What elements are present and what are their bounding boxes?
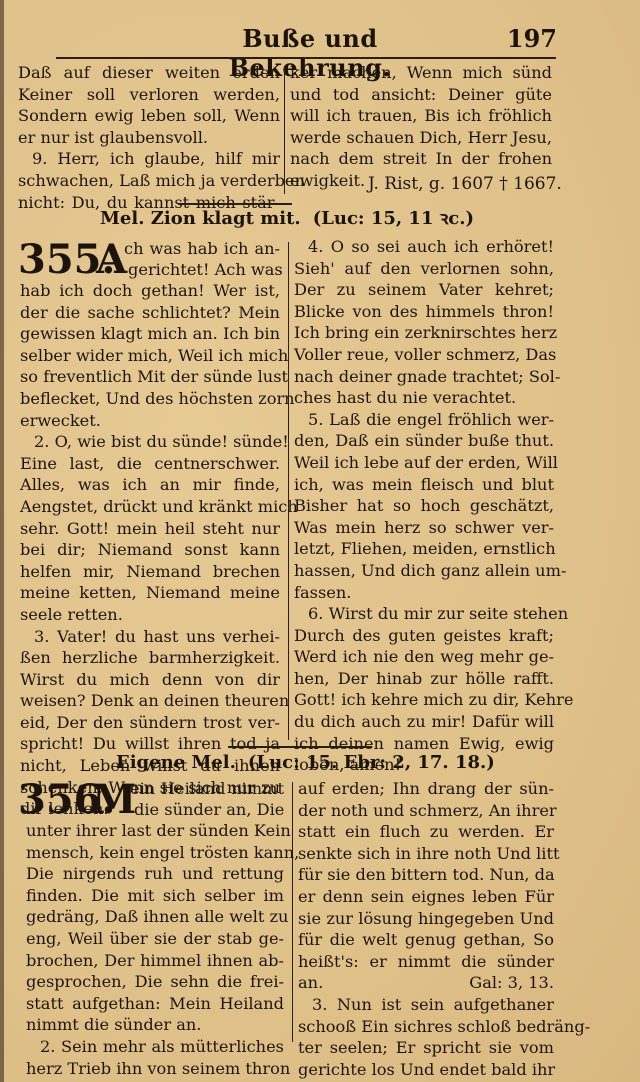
melody-name: Mel. Zion klagt mit. (100, 208, 301, 229)
melody-heading: Eigene Mel.(Luc: 15. Ebr: 2, 17. 18.) (116, 752, 495, 773)
verse-line: will ich trauen, Bis ich fröhlich (290, 105, 552, 127)
verse-line: erwecket. (20, 410, 280, 432)
verse-line: hab ich doch gethan! Wer ist, (20, 280, 280, 302)
verse-line: Daß auf dieser weiten erden (18, 62, 280, 84)
drop-cap: A (96, 240, 127, 280)
column-rule (284, 66, 285, 194)
verse-line: Der zu seinem Vater kehret; (294, 279, 554, 301)
column-rule (288, 242, 289, 740)
verse-line: gesprochen, Die sehn die frei- (26, 971, 284, 993)
hymn-355-left-column: hab ich doch gethan! Wer ist, der die sa… (20, 280, 280, 820)
verse-line: hen, Der hinab zur hölle rafft. (294, 668, 554, 690)
verse-line: letzt, Fliehen, meiden, ernstlich (294, 538, 554, 560)
verse-line: Blicke von des himmels thron! (294, 301, 554, 323)
verse-line: Werd ich nie den weg mehr ge- (294, 646, 554, 668)
hymnal-page: Buße und Bekehrung. 197 Daß auf dieser w… (0, 0, 640, 1082)
verse-line: 3. Vater! du hast uns verhei- (20, 626, 280, 648)
author-attribution: J. Rist, g. 1607 † 1667. (368, 174, 562, 194)
page-edge-shadow (0, 0, 4, 1082)
verse-line: 4. O so sei auch ich erhöret! (294, 236, 554, 258)
verse-line: den, Daß ein sünder buße thut. (294, 430, 554, 452)
verse-line: Eine last, die centnerschwer. (20, 453, 280, 475)
verse-line: auf erden; Ihn drang der sün- (298, 778, 554, 800)
verse-line: statt aufgethan: Mein Heiland (26, 993, 284, 1015)
hymn-opening-lines: ein Heiland nimmt (130, 778, 284, 800)
verse-line: Alles, was ich an mir finde, (20, 474, 280, 496)
verse-line: fassen. (294, 582, 554, 604)
page-number: 197 (507, 24, 557, 53)
verse-line: die sünder an, Die (134, 799, 284, 821)
verse-line: nach deiner gnade trachtet; Sol- (294, 366, 554, 388)
verse-line: Sondern ewig leben soll, Wenn (18, 105, 280, 127)
verse-line: Was mein herz so schwer ver- (294, 517, 554, 539)
verse-line: Voller reue, voller schmerz, Das (294, 344, 554, 366)
scripture-reference: (Luc: 15. Ebr: 2, 17. 18.) (248, 752, 495, 773)
hymn-opening-lines-2: gerichtet! Ach was (128, 259, 280, 281)
verse-line: schooß Ein sichres schloß bedräng- (298, 1016, 554, 1038)
verse-line: werde schauen Dich, Herr Jesu, (290, 127, 552, 149)
verse-line: Sieh' auf den verlornen sohn, (294, 258, 554, 280)
verse-line: bei dir; Niemand sonst kann (20, 539, 280, 561)
verse-line: sehr. Gott! mein heil steht nur (20, 518, 280, 540)
verse-line: hassen, Und dich ganz allein um- (294, 560, 554, 582)
continuation-right-column: ker machen, Wenn mich sünd und tod ansic… (290, 62, 552, 192)
melody-heading: Mel. Zion klagt mit.(Luc: 15, 11 ꝛc.) (100, 206, 474, 230)
verse-line: gerichte los Und endet bald ihr (298, 1059, 554, 1081)
hymn-opening-lines-2: die sünder an, Die (134, 799, 284, 821)
verse-line: Keiner soll verloren werden, (18, 84, 280, 106)
verse-line: ter seelen; Er spricht sie vom (298, 1037, 554, 1059)
verse-line: 9. Herr, ich glaube, hilf mir (18, 148, 280, 170)
verse-line: ein Heiland nimmt (130, 778, 284, 800)
header-rule (56, 57, 556, 59)
verse-text: an. (298, 973, 323, 992)
verse-line: finden. Die mit sich selber im (26, 885, 284, 907)
verse-line: beflecket, Und des höchsten zorn (20, 388, 280, 410)
verse-line: Durch des guten geistes kraft; (294, 625, 554, 647)
verse-line: so freventlich Mit der sünde lust (20, 366, 280, 388)
melody-name: Eigene Mel. (116, 752, 236, 773)
continuation-left-column: Daß auf dieser weiten erden Keiner soll … (18, 62, 280, 213)
verse-line: Ich bring ein zerknirschtes herz (294, 322, 554, 344)
verse-line: ch was hab ich an- (124, 238, 280, 260)
verse-line: ches hast du nie verachtet. (294, 387, 554, 409)
verse-line: 5. Laß die engel fröhlich wer- (294, 409, 554, 431)
verse-line: Wirst du mich denn von dir (20, 669, 280, 691)
verse-line: du dich auch zu mir! Dafür will (294, 711, 554, 733)
verse-line: der noth und schmerz, An ihrer (298, 800, 554, 822)
verse-line: ich, was mein fleisch und blut (294, 474, 554, 496)
verse-line: Gott! ich kehre mich zu dir, Kehre (294, 689, 554, 711)
verse-line: schwachen, Laß mich ja verderben (18, 170, 280, 192)
hymn-356-right-column: auf erden; Ihn drang der sün- der noth u… (298, 778, 554, 1080)
verse-line: und tod ansicht: Deiner güte (290, 84, 552, 106)
verse-line: nimmt die sünder an. (26, 1014, 284, 1036)
verse-line: 3. Nun ist sein aufgethaner (298, 994, 554, 1016)
verse-line: er nur ist glaubensvoll. (18, 127, 280, 149)
verse-line: ich deinen namen Ewig, ewig (294, 733, 554, 755)
hymn-356-left-column: unter ihrer last der sünden Kein mensch,… (26, 820, 284, 1079)
verse-line: ßen herzliche barmherzigkeit. (20, 647, 280, 669)
verse-line: Weil ich lebe auf der erden, Will (294, 452, 554, 474)
verse-line: für sie den bittern tod. Nun, da (298, 864, 554, 886)
verse-line: eng, Weil über sie der stab ge- (26, 928, 284, 950)
verse-line: unter ihrer last der sünden Kein (26, 820, 284, 842)
verse-line: brochen, Der himmel ihnen ab- (26, 950, 284, 972)
verse-line: heißt's: er nimmt die sünder (298, 951, 554, 973)
verse-line: weisen? Denk an deinen theuren (20, 690, 280, 712)
verse-line: eid, Der den sündern trost ver- (20, 712, 280, 734)
running-head: Buße und Bekehrung. 197 (60, 20, 557, 54)
verse-line: herz Trieb ihn von seinem thron (26, 1058, 284, 1080)
verse-line: 2. O, wie bist du sünde! sünde! (20, 431, 280, 453)
scripture-reference: (Luc: 15, 11 ꝛc.) (313, 208, 474, 229)
verse-line: senkte sich in ihre noth Und litt (298, 843, 554, 865)
verse-line: gedräng, Daß ihnen alle welt zu (26, 906, 284, 928)
scripture-citation: Gal: 3, 13. (469, 972, 554, 994)
hymn-355-right-column: 4. O so sei auch ich erhöret! Sieh' auf … (294, 236, 554, 776)
column-rule (292, 782, 293, 1042)
verse-line: statt ein fluch zu werden. Er (298, 821, 554, 843)
verse-line: Die nirgends ruh und rettung (26, 863, 284, 885)
verse-line: ker machen, Wenn mich sünd (290, 62, 552, 84)
verse-line: sie zur lösung hingegeben Und (298, 908, 554, 930)
verse-line: er denn sein eignes leben Für (298, 886, 554, 908)
verse-line: nach dem streit In der frohen (290, 148, 552, 170)
verse-line: meine ketten, Niemand meine (20, 582, 280, 604)
verse-line: der die sache schlichtet? Mein (20, 302, 280, 324)
verse-line: seele retten. (20, 604, 280, 626)
verse-line: 2. Sein mehr als mütterliches (26, 1036, 284, 1058)
verse-line: gerichtet! Ach was (128, 259, 280, 281)
verse-line: an.Gal: 3, 13. (298, 972, 554, 994)
verse-line: 6. Wirst du mir zur seite stehen (294, 603, 554, 625)
verse-line: gewissen klagt mich an. Ich bin (20, 323, 280, 345)
verse-line: helfen mir, Niemand brechen (20, 561, 280, 583)
verse-line: für die welt genug gethan, So (298, 929, 554, 951)
section-separator (178, 203, 292, 205)
verse-line: mensch, kein engel trösten kann, (26, 842, 284, 864)
section-separator (228, 746, 372, 748)
verse-line: selber wider mich, Weil ich mich (20, 345, 280, 367)
verse-line: Bisher hat so hoch geschätzt, (294, 495, 554, 517)
hymn-opening-lines: ch was hab ich an- (124, 238, 280, 260)
verse-line: Aengstet, drückt und kränkt mich (20, 496, 280, 518)
